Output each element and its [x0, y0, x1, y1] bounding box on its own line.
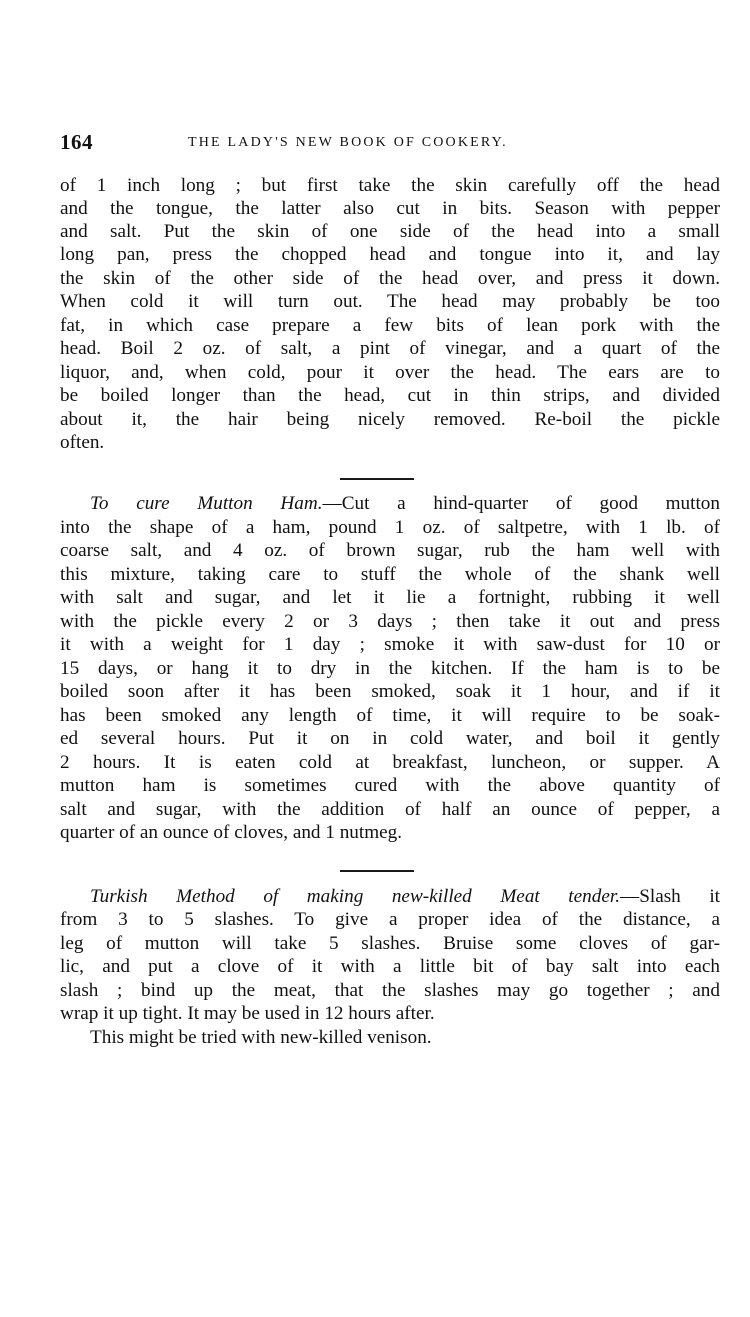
text-line: about it, the hair being nicely removed.… — [60, 409, 720, 431]
text-line: often. — [60, 432, 720, 454]
text-line: fat, in which case prepare a few bits of… — [60, 315, 720, 337]
text-line: mutton ham is sometimes cured with the a… — [60, 775, 720, 797]
text-line: head. Boil 2 oz. of salt, a pint of vine… — [60, 338, 720, 360]
text-line: 2 hours. It is eaten cold at breakfast, … — [60, 752, 720, 774]
recipe-first-line: Turkish Method of making new-killed Meat… — [90, 886, 720, 908]
recipe-text: —Cut a hind-quarter of good mutton — [323, 493, 720, 514]
text-line: with the pickle every 2 or 3 days ; then… — [60, 611, 720, 633]
recipe-first-line: To cure Mutton Ham.—Cut a hind-quarter o… — [90, 493, 720, 515]
text-line: of 1 inch long ; but first take the skin… — [60, 175, 720, 197]
recipe-text: —Slash it — [620, 886, 720, 907]
text-line: and the tongue, the latter also cut in b… — [60, 198, 720, 220]
text-line: quarter of an ounce of cloves, and 1 nut… — [60, 822, 720, 844]
text-line: has been smoked any length of time, it w… — [60, 705, 720, 727]
text-line: be boiled longer than the head, cut in t… — [60, 385, 720, 407]
text-line: the skin of the other side of the head o… — [60, 268, 720, 290]
text-line: boiled soon after it has been smoked, so… — [60, 681, 720, 703]
text-line: coarse salt, and 4 oz. of brown sugar, r… — [60, 540, 720, 562]
text-line: it with a weight for 1 day ; smoke it wi… — [60, 634, 720, 656]
recipe-title: Turkish Method of making new-killed Meat… — [90, 886, 620, 907]
text-line: long pan, press the chopped head and ton… — [60, 244, 720, 266]
text-line: leg of mutton will take 5 slashes. Bruis… — [60, 933, 720, 955]
text-line: ed several hours. Put it on in cold wate… — [60, 728, 720, 750]
recipe-note: This might be tried with new-killed veni… — [90, 1027, 720, 1049]
text-line: When cold it will turn out. The head may… — [60, 291, 720, 313]
section-divider — [340, 870, 414, 872]
text-line: from 3 to 5 slashes. To give a proper id… — [60, 909, 720, 931]
text-line: into the shape of a ham, pound 1 oz. of … — [60, 517, 720, 539]
text-line: wrap it up tight. It may be used in 12 h… — [60, 1003, 720, 1025]
text-line: 15 days, or hang it to dry in the kitche… — [60, 658, 720, 680]
text-line: slash ; bind up the meat, that the slash… — [60, 980, 720, 1002]
book-page: 164 THE LADY'S NEW BOOK OF COOKERY. of 1… — [0, 0, 750, 1317]
text-line: liquor, and, when cold, pour it over the… — [60, 362, 720, 384]
text-line: with salt and sugar, and let it lie a fo… — [60, 587, 720, 609]
text-line: this mixture, taking care to stuff the w… — [60, 564, 720, 586]
text-line: lic, and put a clove of it with a little… — [60, 956, 720, 978]
page-number: 164 — [60, 130, 93, 155]
book-title-header: THE LADY'S NEW BOOK OF COOKERY. — [188, 135, 508, 151]
text-line: salt and sugar, with the addition of hal… — [60, 799, 720, 821]
recipe-title: To cure Mutton Ham. — [90, 493, 323, 514]
running-head: 164 THE LADY'S NEW BOOK OF COOKERY. — [60, 130, 720, 154]
section-divider — [340, 478, 414, 480]
text-line: and salt. Put the skin of one side of th… — [60, 221, 720, 243]
